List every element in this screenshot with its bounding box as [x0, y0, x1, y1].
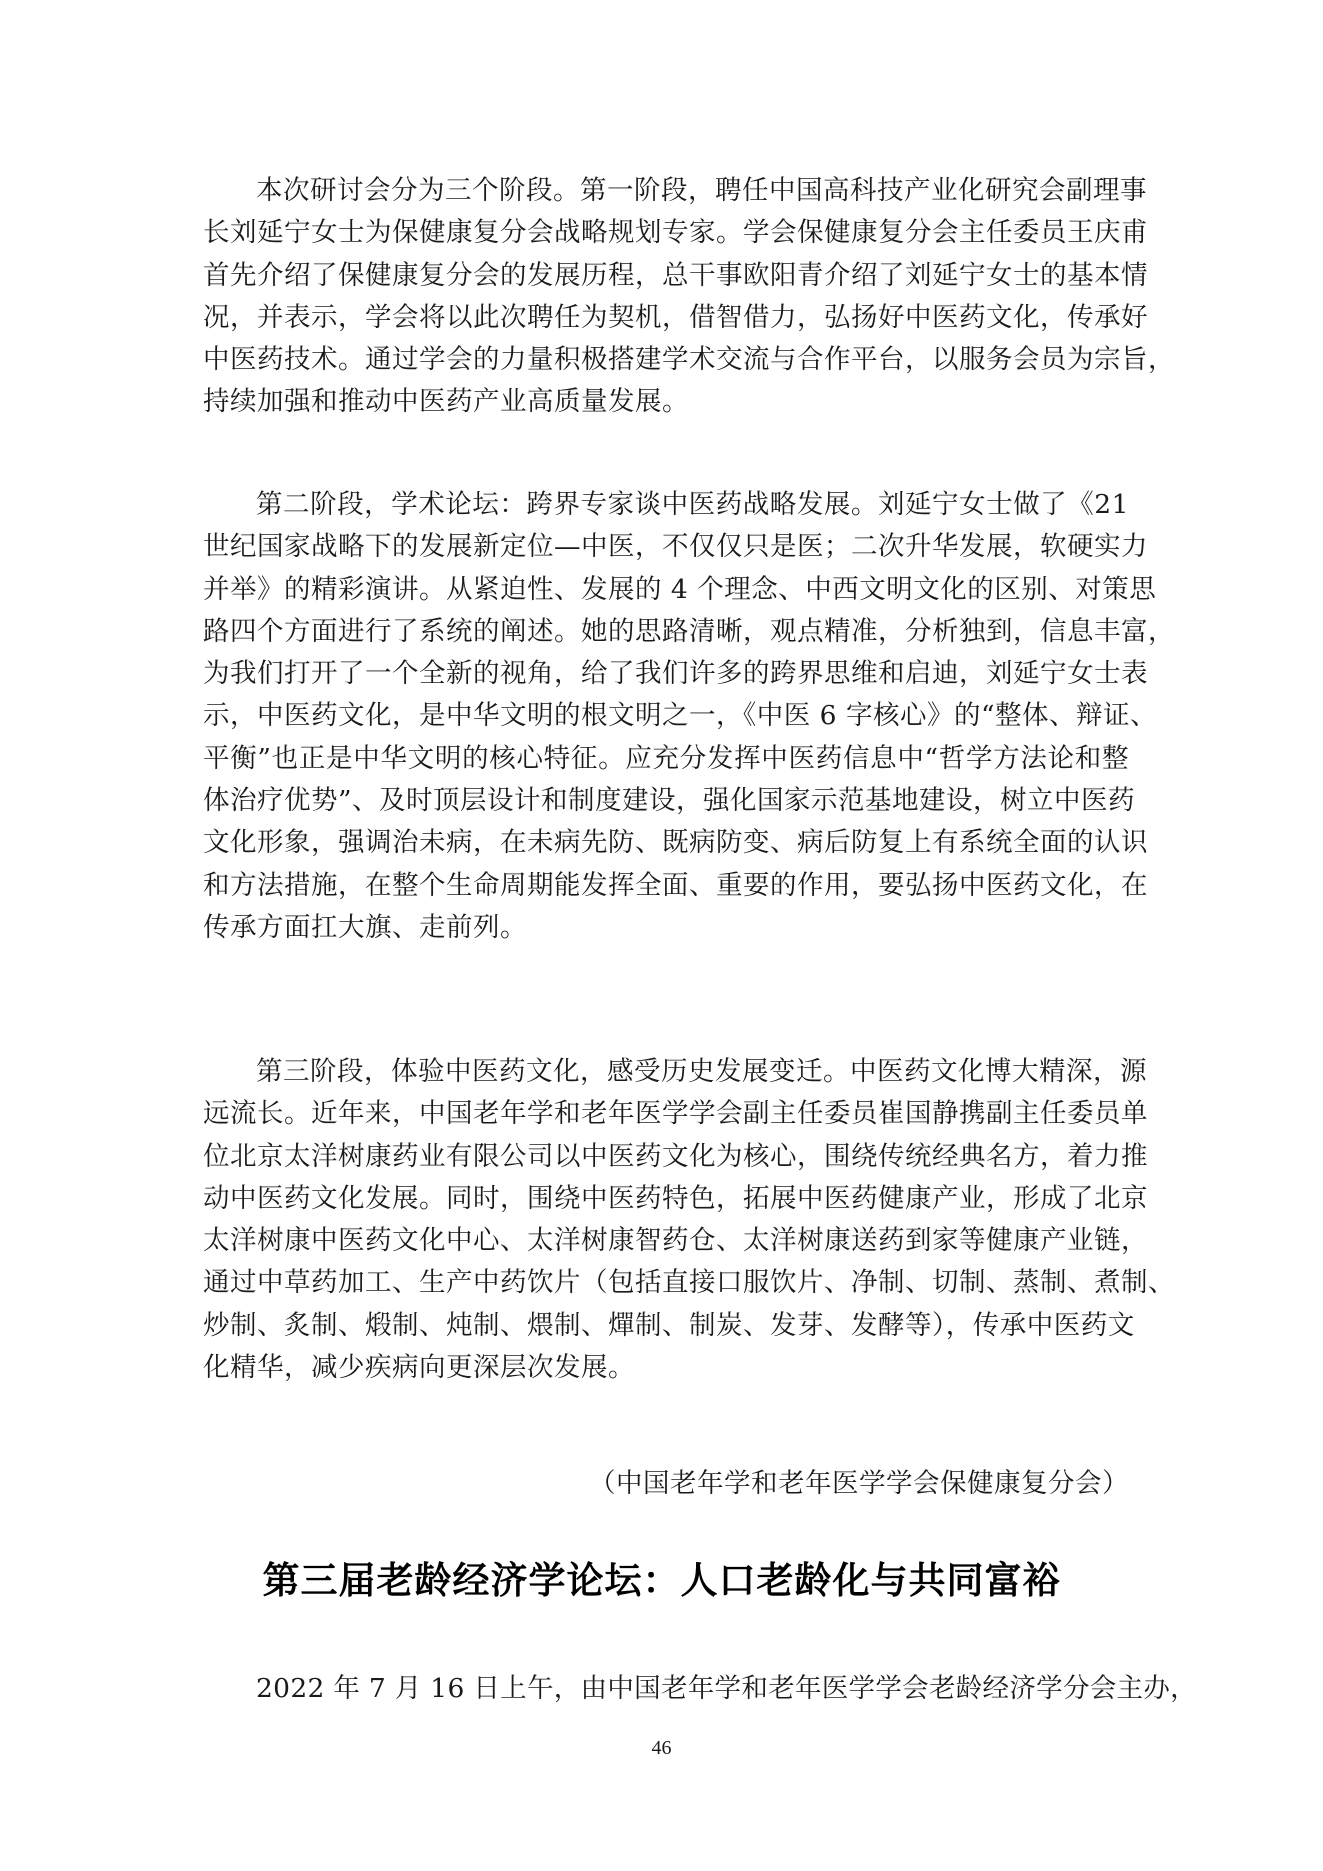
paragraph: 第二阶段，学术论坛：跨界专家谈中医药战略发展。刘延宁女士做了《21 世纪国家战略… [203, 484, 1129, 949]
text-line: 路四个方面进行了系统的阐述。她的思路清晰，观点精准，分析独到，信息丰富， [203, 611, 1129, 653]
paragraph-stage-two: 第二阶段，学术论坛：跨界专家谈中医药战略发展。刘延宁女士做了《21 世纪国家战略… [203, 484, 1129, 949]
text-line: 世纪国家战略下的发展新定位—中医，不仅仅只是医；二次升华发展，软硬实力 [203, 526, 1129, 568]
text-line: 并举》的精彩演讲。从紧迫性、发展的 4 个理念、中西文明文化的区别、对策思 [203, 569, 1129, 611]
page-number: 46 [0, 1735, 1323, 1761]
text-line: 炒制、炙制、煅制、炖制、煨制、燀制、制炭、发芽、发酵等），传承中医药文 [203, 1305, 1129, 1347]
text-line: 传承方面扛大旗、走前列。 [203, 907, 1129, 949]
text-line: 动中医药文化发展。同时，围绕中医药特色，拓展中医药健康产业，形成了北京 [203, 1178, 1129, 1220]
text-line: 中医药技术。通过学会的力量积极搭建学术交流与合作平台，以服务会员为宗旨， [203, 339, 1129, 381]
text-line: 和方法措施，在整个生命周期能发挥全面、重要的作用，要弘扬中医药文化，在 [203, 865, 1129, 907]
text-line: 长刘延宁女士为保健康复分会战略规划专家。学会保健康复分会主任委员王庆甫 [203, 212, 1129, 254]
article-title: 第三届老龄经济学论坛：人口老龄化与共同富裕 [0, 1556, 1323, 1606]
text-line: 文化形象，强调治未病，在未病先防、既病防变、病后防复上有系统全面的认识 [203, 822, 1129, 864]
source-attribution: （中国老年学和老年医学学会保健康复分会） [589, 1463, 1129, 1505]
text-line: 体治疗优势”、及时顶层设计和制度建设，强化国家示范基地建设，树立中医药 [203, 780, 1129, 822]
paragraph: 本次研讨会分为三个阶段。第一阶段，聘任中国高科技产业化研究会副理事 长刘延宁女士… [203, 170, 1129, 424]
paragraph-stage-overview: 本次研讨会分为三个阶段。第一阶段，聘任中国高科技产业化研究会副理事 长刘延宁女士… [203, 170, 1129, 424]
text-line: 首先介绍了保健康复分会的发展历程，总干事欧阳青介绍了刘延宁女士的基本情 [203, 255, 1129, 297]
text-line: 为我们打开了一个全新的视角，给了我们许多的跨界思维和启迪，刘延宁女士表 [203, 653, 1129, 695]
document-page: 本次研讨会分为三个阶段。第一阶段，聘任中国高科技产业化研究会副理事 长刘延宁女士… [0, 0, 1323, 1871]
text-line: 本次研讨会分为三个阶段。第一阶段，聘任中国高科技产业化研究会副理事 [203, 170, 1129, 212]
paragraph: 第三阶段，体验中医药文化，感受历史发展变迁。中医药文化博大精深，源 远流长。近年… [203, 1051, 1129, 1389]
text-line: 第三阶段，体验中医药文化，感受历史发展变迁。中医药文化博大精深，源 [203, 1051, 1129, 1093]
text-line: 太洋树康中医药文化中心、太洋树康智药仓、太洋树康送药到家等健康产业链， [203, 1220, 1129, 1262]
text-line: 远流长。近年来，中国老年学和老年医学学会副主任委员崔国静携副主任委员单 [203, 1093, 1129, 1135]
article-intro-line: 2022 年 7 月 16 日上午，由中国老年学和老年医学学会老龄经济学分会主办… [256, 1668, 1197, 1710]
text-line: 第二阶段，学术论坛：跨界专家谈中医药战略发展。刘延宁女士做了《21 [203, 484, 1129, 526]
text-line: 通过中草药加工、生产中药饮片（包括直接口服饮片、净制、切制、蒸制、煮制、 [203, 1262, 1129, 1304]
text-line: 化精华，减少疾病向更深层次发展。 [203, 1347, 1129, 1389]
text-line: 况，并表示，学会将以此次聘任为契机，借智借力，弘扬好中医药文化，传承好 [203, 297, 1129, 339]
text-line: 位北京太洋树康药业有限公司以中医药文化为核心，围绕传统经典名方，着力推 [203, 1136, 1129, 1178]
text-line: 示，中医药文化，是中华文明的根文明之一，《中医 6 字核心》的“整体、辩证、 [203, 695, 1129, 737]
text-line: 平衡”也正是中华文明的核心特征。应充分发挥中医药信息中“哲学方法论和整 [203, 738, 1129, 780]
paragraph-stage-three: 第三阶段，体验中医药文化，感受历史发展变迁。中医药文化博大精深，源 远流长。近年… [203, 1051, 1129, 1389]
text-line: 持续加强和推动中医药产业高质量发展。 [203, 381, 1129, 423]
